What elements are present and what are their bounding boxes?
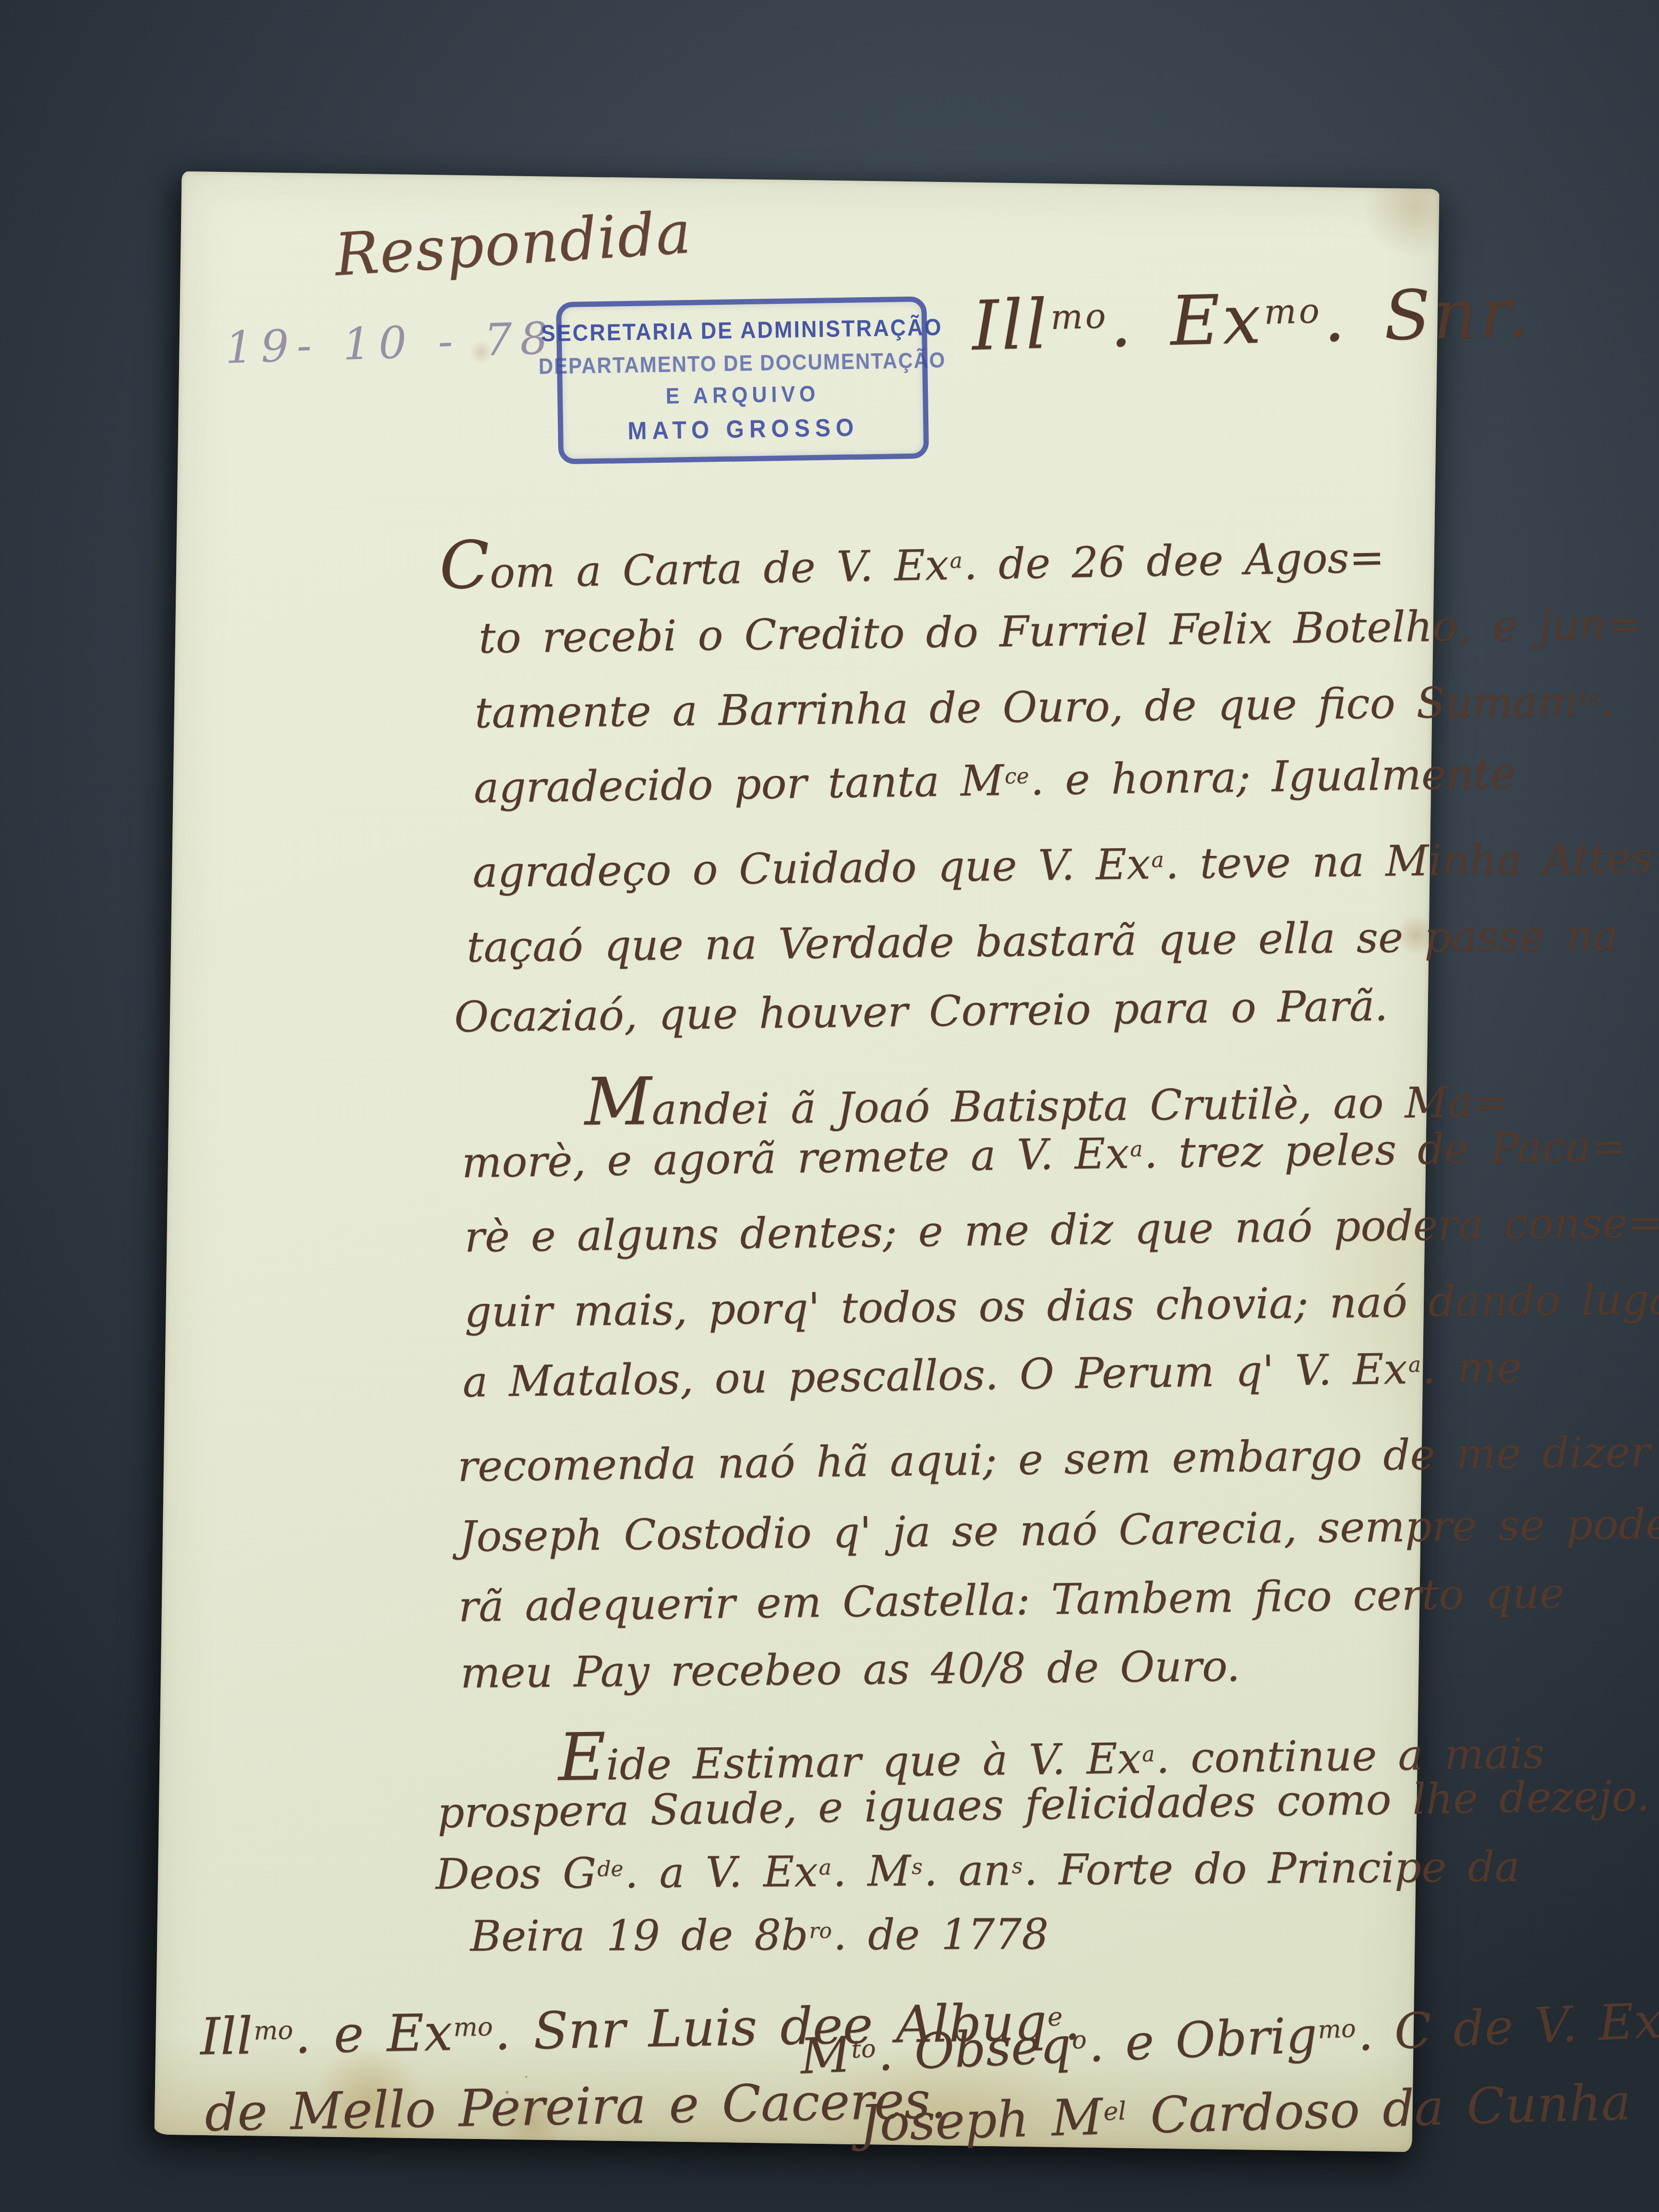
archive-rubber-stamp: SECRETARIA DE ADMINISTRAÇÃO DEPARTAMENTO… [556, 296, 929, 464]
body-line: Joseph Costodio q' ja se naó Carecia, se… [459, 1499, 1659, 1561]
stamp-line-arquivo: E ARQUIVO [665, 382, 820, 409]
body-line: a Matalos, ou pescallos. O Perum q' V. E… [462, 1343, 1522, 1407]
salutation-illmo-exmo-snr: Illmo. Exmo. Snr. [971, 273, 1532, 366]
body-line: recomenda naó hã aqui; e sem embargo de … [457, 1427, 1650, 1491]
letter-body: Com a Carta de V. Exa. de 26 dee Agos=to… [182, 171, 1440, 189]
body-line: to recebi o Credito do Furriel Felix Bot… [479, 599, 1642, 663]
body-line: Deos Gde. a V. Exa. Ms. ans. Forte do Pr… [435, 1842, 1520, 1899]
signature-joseph-cardoso-da-cunha: Joseph Mel Cardoso da Cunha [859, 2073, 1632, 2153]
body-line: agradeço o Cuidado que V. Exa. teve na M… [472, 833, 1659, 897]
stamp-line-departamento: DEPARTAMENTO DE DOCUMENTAÇÃO [539, 348, 946, 379]
ink-annotation-respondida: Respondida [333, 198, 694, 289]
body-line: Com a Carta de V. Exa. de 26 dee Agos= [439, 511, 1385, 604]
body-line: Beira 19 de 8bro. de 1778 [470, 1909, 1048, 1960]
pencil-archive-date: 19- 10 - 78 [224, 313, 556, 373]
body-line: agradecido por tanta Mce. e honra; Igual… [473, 748, 1516, 812]
body-line: guir mais, porq' todos os dias chovia; n… [464, 1274, 1659, 1337]
body-line: rè e alguns dentes; e me diz que naó pod… [464, 1198, 1659, 1262]
stamp-line-secretaria: SECRETARIA DE ADMINISTRAÇÃO [541, 314, 943, 347]
stamp-line-mato-grosso: MATO GROSSO [627, 413, 859, 445]
body-line: taçaó que na Verdade bastarã que ella se… [467, 910, 1619, 972]
body-line: meu Pay recebeo as 40/8 de Ouro. [460, 1641, 1240, 1697]
photograph-of-letter: { "photo": { "background_color": "#3a454… [0, 0, 1659, 2212]
letter-paper-sheet: Respondida 19- 10 - 78 SECRETARIA DE ADM… [155, 171, 1440, 2152]
body-line: rã adequerir em Castella: Tambem fico ce… [458, 1568, 1564, 1631]
body-line: tamente a Barrinha de Ouro, de que fico … [474, 676, 1615, 738]
body-line: Ocaziaó, que houver Correio para o Parã. [454, 981, 1388, 1042]
